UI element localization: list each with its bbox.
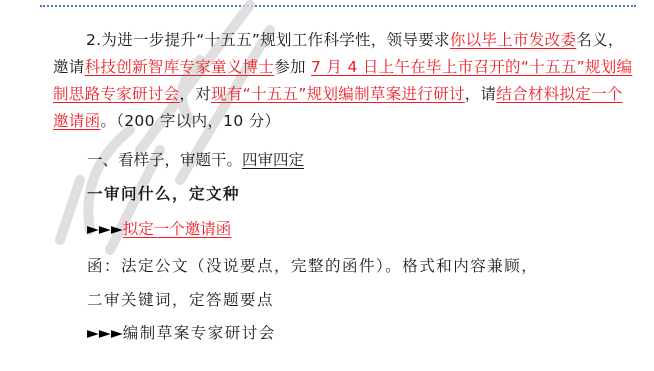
section-heading-key: 四审四定: [242, 151, 304, 169]
step2-answer: ►►►编制草案专家研讨会: [87, 321, 276, 345]
section-heading: 一、看样子，审题干。四审四定: [87, 148, 304, 172]
step1-answer-text: 拟定一个邀请函: [123, 220, 232, 238]
question-text: 为进一步提升“十五五”规划工作科学性，领导要求: [101, 31, 449, 49]
note-line: 函：法定公文（没说要点，完整的函件）。格式和内容兼顾，: [87, 254, 538, 278]
step2-title: 二审关键词，定答题要点: [87, 288, 274, 312]
key-phrase-topic: 现有“十五五”规划编制草案进行研讨: [211, 85, 465, 103]
question-text: 参加: [274, 58, 311, 76]
key-phrase-sender: 你以毕上市发改委: [450, 31, 576, 49]
question-paragraph: 2.为进一步提升“十五五”规划工作科学性，领导要求你以毕上市发改委名义，邀请科技…: [53, 27, 633, 135]
question-text: ，对: [179, 85, 211, 103]
step2-answer-text: 编制草案专家研讨会: [123, 324, 276, 342]
key-phrase-recipient: 科技创新智库专家童义博士: [85, 58, 275, 76]
section-heading-text: 一、看样子，审题干。: [87, 151, 242, 169]
dotted-divider: [40, 5, 636, 7]
step1-title: 一审问什么，定文种: [87, 182, 240, 206]
triple-arrow-icon: ►►►: [87, 324, 123, 342]
question-text: ，请: [465, 85, 497, 103]
question-number: 2.: [86, 31, 101, 49]
triple-arrow-icon: ►►►: [87, 220, 123, 238]
step1-answer: ►►►拟定一个邀请函: [87, 217, 231, 241]
question-requirement: 。（200 字以内，10 分）: [100, 112, 280, 130]
